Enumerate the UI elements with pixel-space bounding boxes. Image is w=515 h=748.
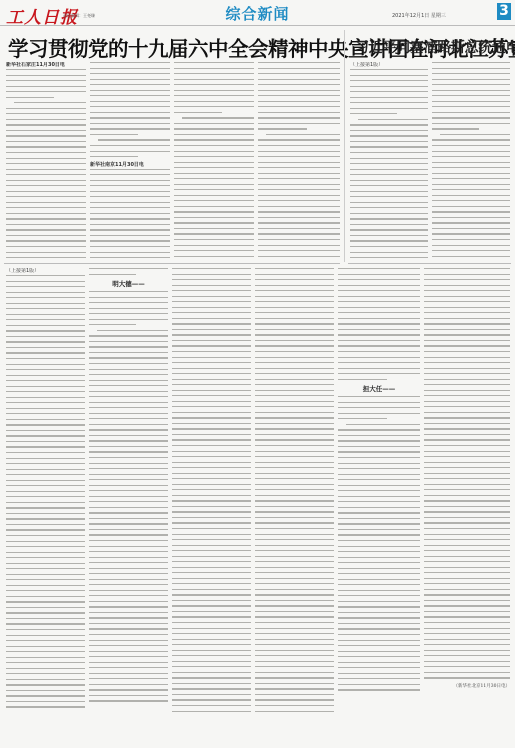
masthead: 工人日报 责任编辑：王尧臻 综合新闻 2021年12月1日 星期三 3 (0, 0, 515, 26)
main-article-col-1: 新华社石家庄11月30日电 (6, 62, 86, 260)
feature-col-6: （新华社北京11月30日电） (424, 268, 510, 742)
main-article-col-2: 新华社南京11月30日电 (90, 62, 170, 260)
feature-col-3 (172, 268, 251, 742)
issue-date: 2021年12月1日 星期三 (392, 12, 446, 19)
feature-col-5: 担大任—— (338, 268, 420, 742)
article-credit: （新华社北京11月30日电） (424, 683, 510, 690)
main-article-col-4 (258, 62, 340, 260)
subhead-ming-da-de: 明大德—— (89, 279, 168, 288)
dateline: 新华社南京11月30日电 (90, 162, 170, 169)
continued-label: （上接第1版） (6, 268, 85, 275)
section-divider (348, 263, 511, 264)
side-article-col-2 (432, 62, 510, 260)
dateline: 新华社石家庄11月30日电 (6, 62, 86, 69)
main-article-col-3 (174, 62, 254, 260)
side-headline: 习近平同塞浦路斯总统通电话 (355, 37, 515, 57)
section-divider (4, 263, 340, 264)
page-number-badge: 3 (497, 3, 511, 20)
column-divider (344, 30, 345, 262)
feature-col-4 (255, 268, 334, 742)
subhead-dan-da-ren: 担大任—— (338, 384, 420, 393)
feature-col-1: （上接第1版） (6, 268, 85, 742)
feature-col-2: 明大德—— (89, 268, 168, 742)
side-article-col-1: （上接第1版） (350, 62, 428, 260)
side-article-lead: （上接第1版） (350, 62, 428, 69)
newspaper-page: 工人日报 责任编辑：王尧臻 综合新闻 2021年12月1日 星期三 3 学习贯彻… (0, 0, 515, 748)
